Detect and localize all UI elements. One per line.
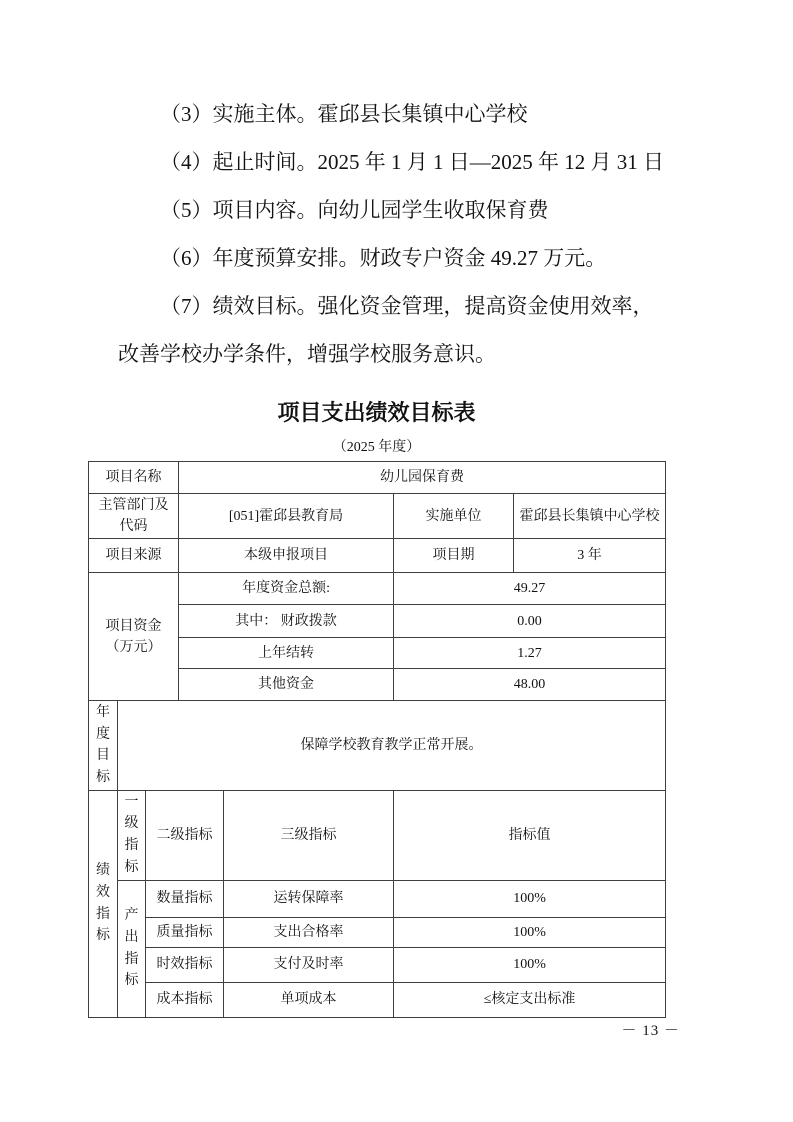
department-value: [051]霍邱县教育局 <box>179 494 394 539</box>
page-number: － 13 － <box>621 1019 680 1040</box>
table-row: 产出指标 数量指标 运转保障率 100% <box>89 880 666 917</box>
annual-goal-label-text: 年度目标 <box>96 702 111 789</box>
funds-fiscal-value: 0.00 <box>394 605 666 638</box>
funds-fiscal-label: 其中： 财政拨款 <box>179 605 394 638</box>
performance-label: 绩效指标 <box>89 790 118 1017</box>
funds-label: 项目资金 （万元） <box>89 573 179 701</box>
impl-unit-label: 实施单位 <box>394 494 514 539</box>
paragraph-item-4: （4）起止时间。2025 年 1 月 1 日—2025 年 12 月 31 日 <box>118 138 708 186</box>
indicator-value: 100% <box>394 947 666 982</box>
level3-indicator-header: 三级指标 <box>224 790 394 880</box>
impl-unit-value: 霍邱县长集镇中心学校 <box>514 494 666 539</box>
performance-target-table: 项目名称 幼儿园保育费 主管部门及 代码 [051]霍邱县教育局 实施单位 霍邱… <box>88 461 666 1018</box>
indicator-value: 100% <box>394 880 666 917</box>
department-label: 主管部门及 代码 <box>89 494 179 539</box>
table-row: 项目资金 （万元） 年度资金总额: 49.27 <box>89 573 666 605</box>
document-page: （3）实施主体。霍邱县长集镇中心学校 （4）起止时间。2025 年 1 月 1 … <box>0 0 793 1122</box>
level1-indicator-header: 一级指标 <box>118 790 146 880</box>
level1-indicator-header-text: 一级指标 <box>124 792 139 879</box>
project-period-value: 3 年 <box>514 539 666 573</box>
level2-indicator-header: 二级指标 <box>146 790 224 880</box>
funds-other-value: 48.00 <box>394 669 666 701</box>
paragraph-item-7: （7）绩效目标。强化资金管理，提高资金使用效率， 改善学校办学条件，增强学校服务… <box>118 282 708 378</box>
funds-total-label: 年度资金总额: <box>179 573 394 605</box>
indicator-level2: 成本指标 <box>146 982 224 1017</box>
table-row: 主管部门及 代码 [051]霍邱县教育局 实施单位 霍邱县长集镇中心学校 <box>89 494 666 539</box>
indicator-level2: 数量指标 <box>146 880 224 917</box>
indicator-value: 100% <box>394 917 666 947</box>
table-row: 绩效指标 一级指标 二级指标 三级指标 指标值 <box>89 790 666 880</box>
annual-goal-label: 年度目标 <box>89 701 118 791</box>
table-row: 质量指标 支出合格率 100% <box>89 917 666 947</box>
indicator-level3: 支付及时率 <box>224 947 394 982</box>
project-source-label: 项目来源 <box>89 539 179 573</box>
body-paragraphs: （3）实施主体。霍邱县长集镇中心学校 （4）起止时间。2025 年 1 月 1 … <box>118 90 708 378</box>
table-row: 年度目标 保障学校教育教学正常开展。 <box>89 701 666 791</box>
table-title: 项目支出绩效目标表 <box>88 399 665 426</box>
level1-indicator-value: 产出指标 <box>118 880 146 1017</box>
project-name-value: 幼儿园保育费 <box>179 462 666 494</box>
performance-label-text: 绩效指标 <box>96 860 111 947</box>
project-name-label: 项目名称 <box>89 462 179 494</box>
funds-carryover-label: 上年结转 <box>179 638 394 669</box>
paragraph-item-5: （5）项目内容。向幼儿园学生收取保育费 <box>118 186 708 234</box>
indicator-level2: 时效指标 <box>146 947 224 982</box>
level1-indicator-value-text: 产出指标 <box>124 905 139 992</box>
table-row: 时效指标 支付及时率 100% <box>89 947 666 982</box>
table-row: 成本指标 单项成本 ≤核定支出标准 <box>89 982 666 1017</box>
table-row: 项目来源 本级申报项目 项目期 3 年 <box>89 539 666 573</box>
indicator-value: ≤核定支出标准 <box>394 982 666 1017</box>
table-row: 项目名称 幼儿园保育费 <box>89 462 666 494</box>
indicator-level3: 支出合格率 <box>224 917 394 947</box>
indicator-level2: 质量指标 <box>146 917 224 947</box>
indicator-level3: 单项成本 <box>224 982 394 1017</box>
table-subtitle: （2025 年度） <box>88 439 665 456</box>
funds-total-value: 49.27 <box>394 573 666 605</box>
project-source-value: 本级申报项目 <box>179 539 394 573</box>
annual-goal-value: 保障学校教育教学正常开展。 <box>118 701 666 791</box>
indicator-value-header: 指标值 <box>394 790 666 880</box>
project-period-label: 项目期 <box>394 539 514 573</box>
paragraph-item-3: （3）实施主体。霍邱县长集镇中心学校 <box>118 90 708 138</box>
paragraph-item-6: （6）年度预算安排。财政专户资金 49.27 万元。 <box>118 234 708 282</box>
funds-other-label: 其他资金 <box>179 669 394 701</box>
funds-carryover-value: 1.27 <box>394 638 666 669</box>
indicator-level3: 运转保障率 <box>224 880 394 917</box>
